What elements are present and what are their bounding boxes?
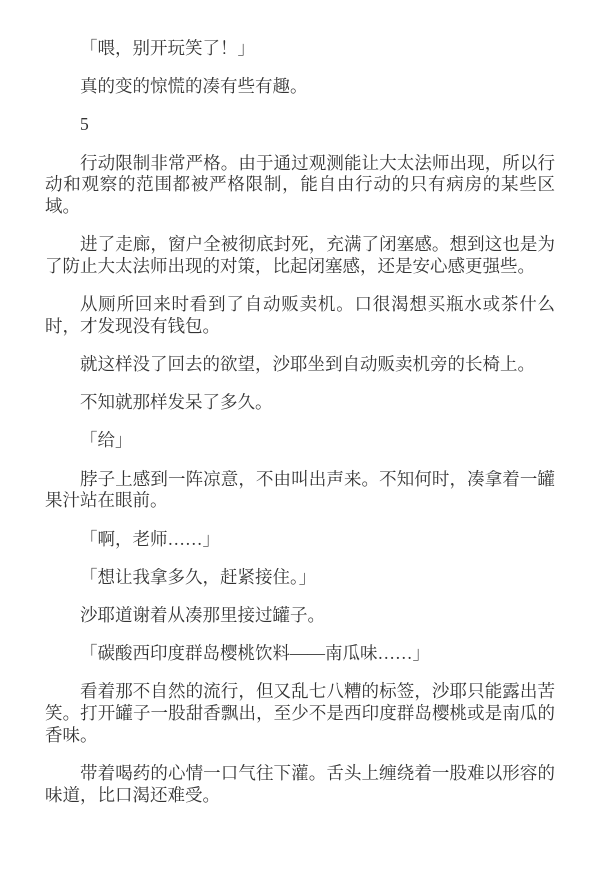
paragraph: 沙耶道谢着从凑那里接过罐子。 <box>45 605 555 627</box>
text-line: 果汁站在眼前。 <box>45 490 555 512</box>
paragraph: 看着那不自然的流行，但又乱七八糟的标签，沙耶只能露出苦笑。打开罐子一股甜香飘出，… <box>45 681 555 746</box>
text-line: 从厕所回来时看到了自动贩卖机。口很渴想买瓶水或茶什么 <box>45 294 555 316</box>
paragraph: 脖子上感到一阵凉意，不由叫出声来。不知何时，凑拿着一罐果汁站在眼前。 <box>45 469 555 512</box>
paragraph: 从厕所回来时看到了自动贩卖机。口很渴想买瓶水或茶什么时，才发现没有钱包。 <box>45 294 555 337</box>
paragraph: 行动限制非常严格。由于通过观测能让大太法师出现，所以行动和观察的范围都被严格限制… <box>45 153 555 218</box>
text-line: 脖子上感到一阵凉意，不由叫出声来。不知何时，凑拿着一罐 <box>45 469 555 491</box>
paragraph: 「喂，别开玩笑了！」 <box>45 38 555 60</box>
text-line: 味道，比口渴还难受。 <box>45 785 555 807</box>
paragraph: 「想让我拿多久，赶紧接住。」 <box>45 567 555 589</box>
text-line: 行动限制非常严格。由于通过观测能让大太法师出现，所以行 <box>45 153 555 175</box>
text-line: 5 <box>45 114 555 136</box>
text-line: 域。 <box>45 196 555 218</box>
novel-page: 「喂，别开玩笑了！」真的变的惊慌的凑有些有趣。5行动限制非常严格。由于通过观测能… <box>0 0 613 869</box>
text-line: 「给」 <box>45 430 555 452</box>
text-line: 沙耶道谢着从凑那里接过罐子。 <box>45 605 555 627</box>
text-line: 时，才发现没有钱包。 <box>45 316 555 338</box>
text-line: 真的变的惊慌的凑有些有趣。 <box>45 76 555 98</box>
paragraph: 就这样没了回去的欲望，沙耶坐到自动贩卖机旁的长椅上。 <box>45 354 555 376</box>
paragraph: 不知就那样发呆了多久。 <box>45 392 555 414</box>
paragraph: 「啊，老师……」 <box>45 529 555 551</box>
text-line: 香味。 <box>45 725 555 747</box>
text-line: 动和观察的范围都被严格限制，能自由行动的只有病房的某些区 <box>45 174 555 196</box>
paragraph: 「碳酸西印度群岛樱桃饮料——南瓜味……」 <box>45 643 555 665</box>
text-line: 不知就那样发呆了多久。 <box>45 392 555 414</box>
paragraph: 进了走廊，窗户全被彻底封死，充满了闭塞感。想到这也是为了防止大太法师出现的对策，… <box>45 234 555 277</box>
paragraph: 带着喝药的心情一口气往下灌。舌头上缠绕着一股难以形容的味道，比口渴还难受。 <box>45 763 555 806</box>
text-line: 「喂，别开玩笑了！」 <box>45 38 555 60</box>
text-line: 进了走廊，窗户全被彻底封死，充满了闭塞感。想到这也是为 <box>45 234 555 256</box>
text-line: 带着喝药的心情一口气往下灌。舌头上缠绕着一股难以形容的 <box>45 763 555 785</box>
text-line: 「啊，老师……」 <box>45 529 555 551</box>
text-line: 就这样没了回去的欲望，沙耶坐到自动贩卖机旁的长椅上。 <box>45 354 555 376</box>
text-line: 「想让我拿多久，赶紧接住。」 <box>45 567 555 589</box>
paragraph: 真的变的惊慌的凑有些有趣。 <box>45 76 555 98</box>
paragraph: 5 <box>45 114 555 136</box>
paragraph: 「给」 <box>45 430 555 452</box>
text-line: 了防止大太法师出现的对策，比起闭塞感，还是安心感更强些。 <box>45 256 555 278</box>
page-body: 「喂，别开玩笑了！」真的变的惊慌的凑有些有趣。5行动限制非常严格。由于通过观测能… <box>45 38 555 806</box>
text-line: 笑。打开罐子一股甜香飘出，至少不是西印度群岛樱桃或是南瓜的 <box>45 703 555 725</box>
text-line: 「碳酸西印度群岛樱桃饮料——南瓜味……」 <box>45 643 555 665</box>
text-line: 看着那不自然的流行，但又乱七八糟的标签，沙耶只能露出苦 <box>45 681 555 703</box>
